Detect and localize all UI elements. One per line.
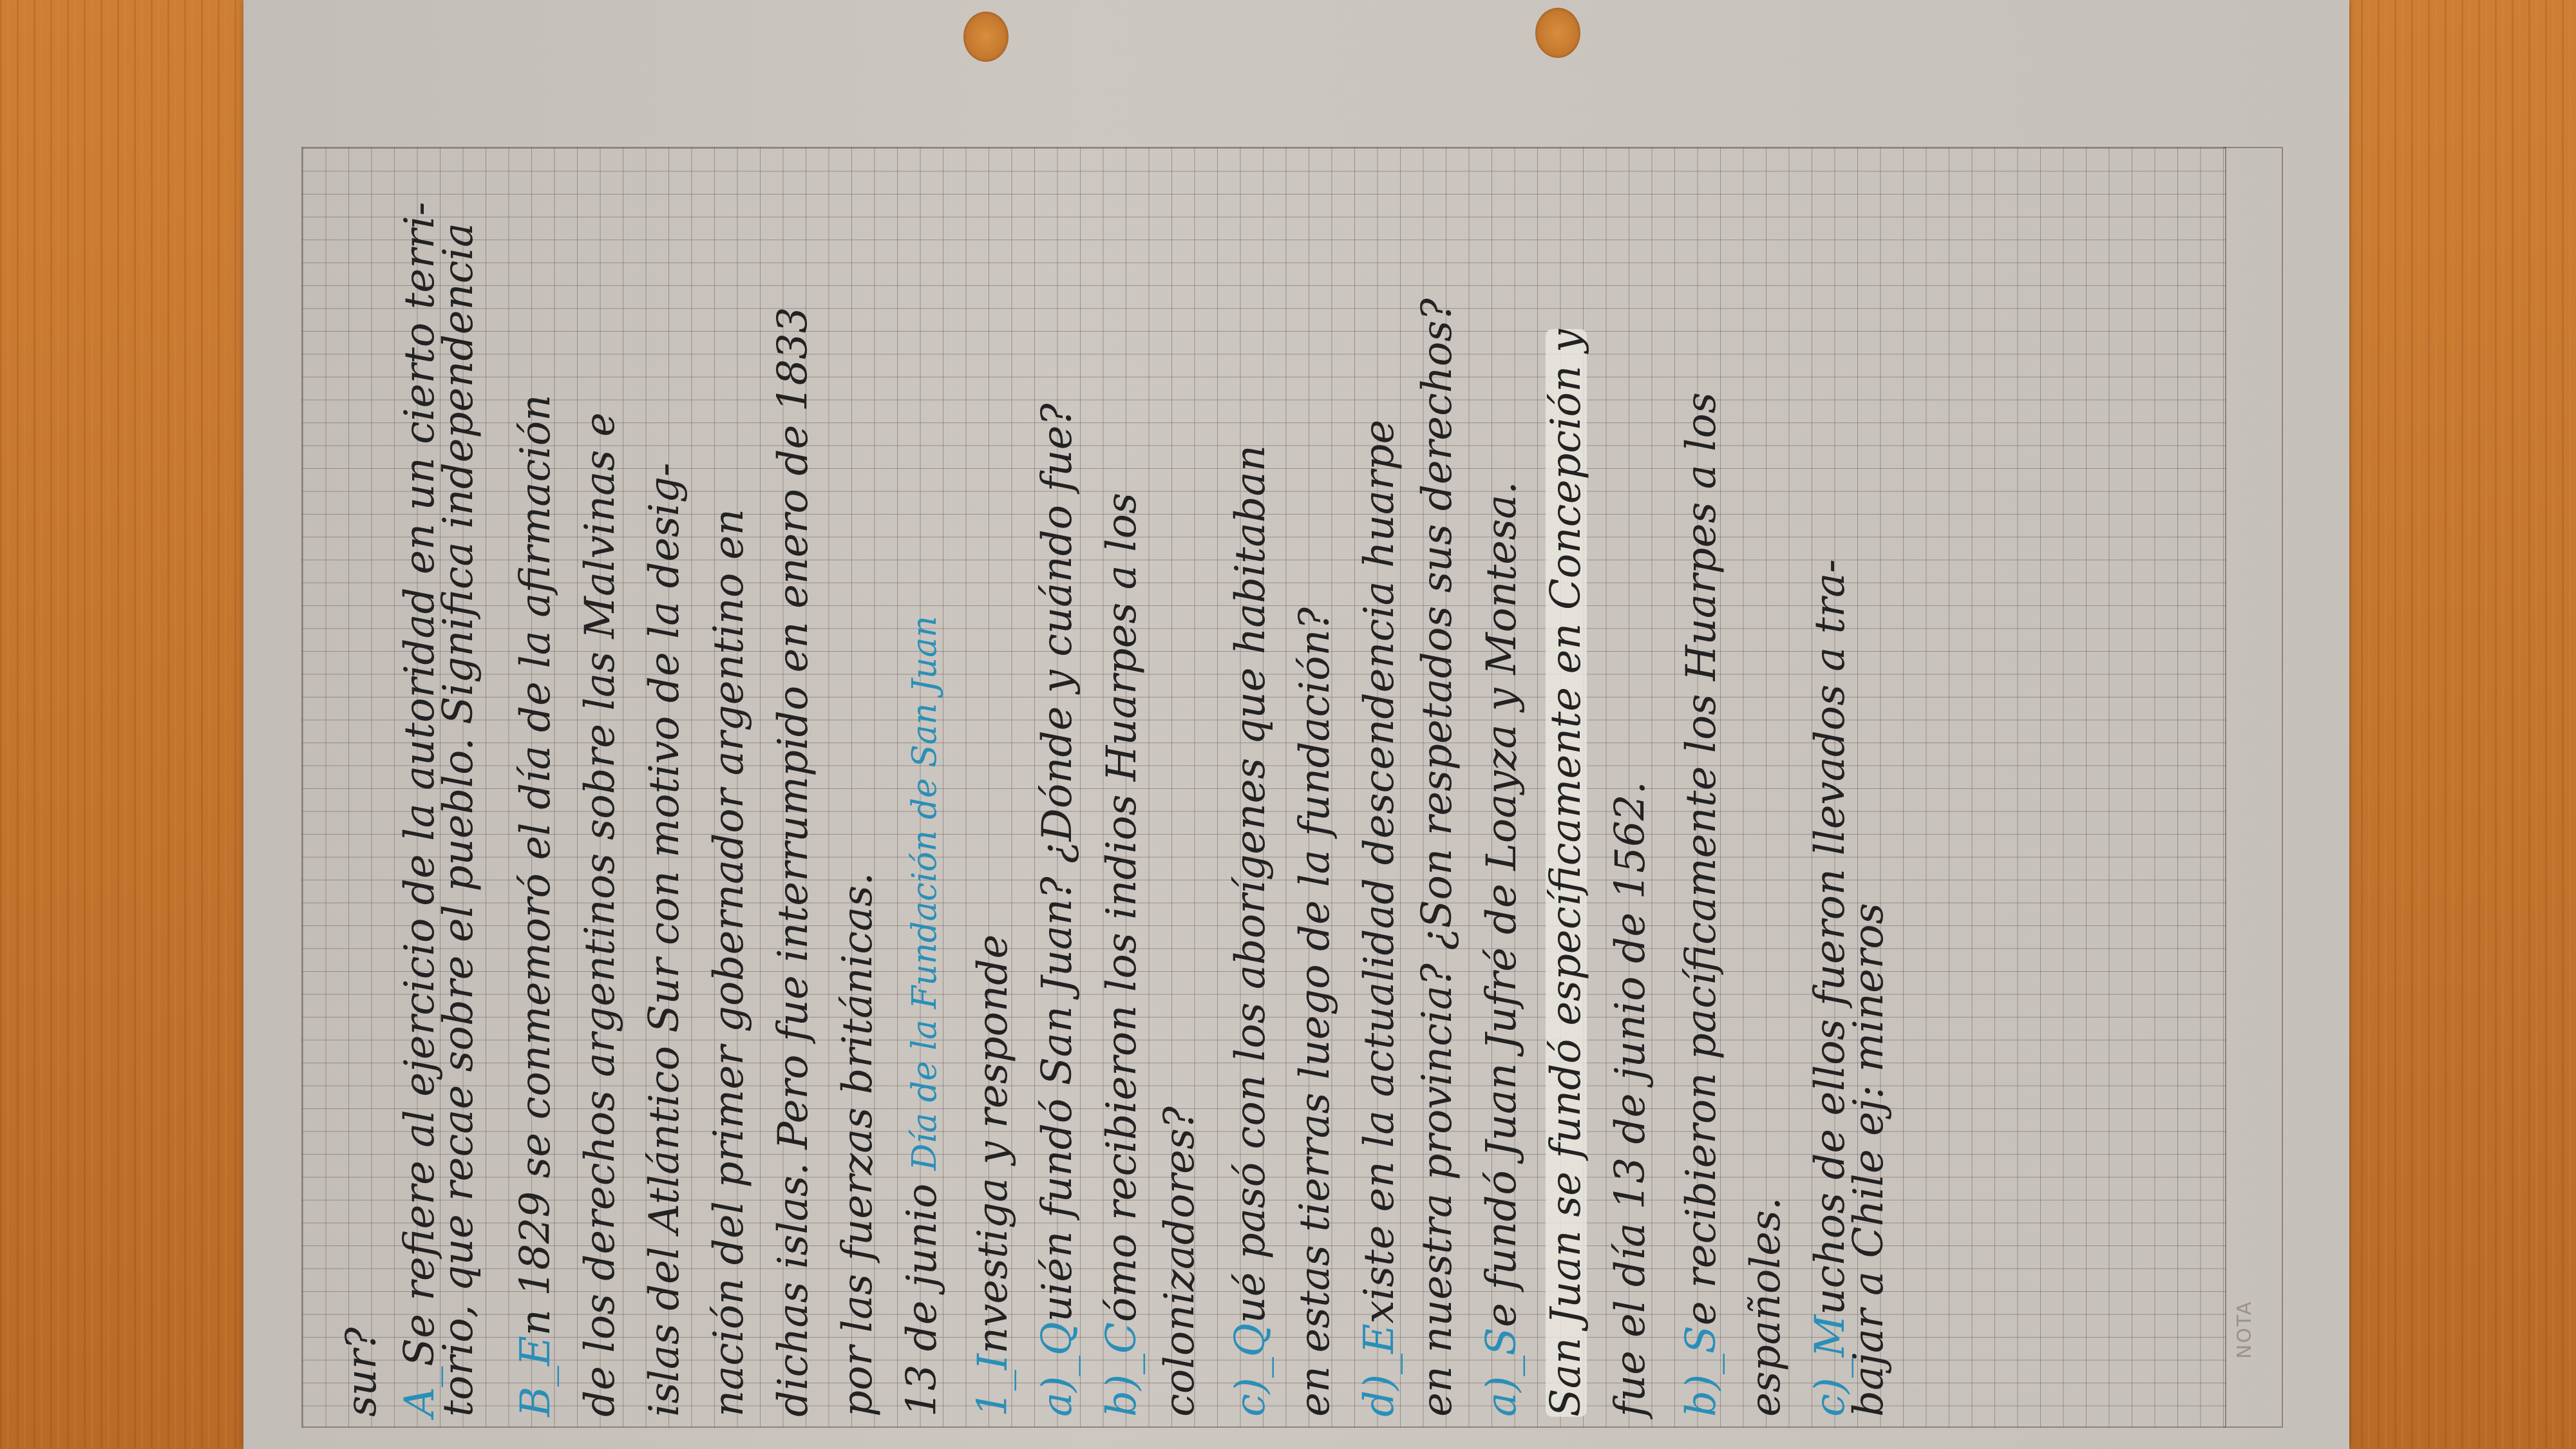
nota-label: NOTA <box>2233 1300 2256 1359</box>
nota-margin <box>2224 147 2283 1428</box>
answer-marker: B_E <box>512 1336 560 1417</box>
answer-marker: b)_S <box>1678 1325 1725 1417</box>
line-8: dichas islas. Pero fue interrumpido en e… <box>773 307 814 1417</box>
item-marker: d)_E <box>1356 1323 1403 1417</box>
line-22-answer-b: b)_Se recibieron pacíficamente los Huarp… <box>1681 392 1722 1417</box>
line-9: por las fuerzas británicas. <box>837 873 878 1417</box>
line-14: colonizadores? <box>1159 1106 1200 1417</box>
heading-title: Día de la Fundación de San Juan <box>905 616 944 1170</box>
line-21: fue el día 13 de junio de 1562. <box>1610 781 1651 1417</box>
line-10-date-heading: 13 de junio Día de la Fundación de San J… <box>902 616 943 1417</box>
item-marker: c)_Q <box>1227 1323 1274 1417</box>
line-12-question-a: a)_Quién fundó San Juan? ¿Dónde y cuándo… <box>1037 403 1078 1417</box>
line-15-question-c: c)_Qué pasó con los aborígenes que habit… <box>1230 445 1271 1417</box>
line-6: islas del Atlántico Sur con motivo de la… <box>644 462 685 1417</box>
line-19-answer-a: a)_Se fundó Juan Jufré de Loayza y Monte… <box>1481 481 1522 1417</box>
line-5: de los derechos argentinos sobre las Mal… <box>580 412 621 1417</box>
line-11-instruction: 1_Investiga y responde <box>972 934 1014 1417</box>
answer-marker: a)_S <box>1478 1327 1526 1417</box>
item-marker: a)_Q <box>1034 1321 1081 1417</box>
line-16: en estas tierras luego de la fundación? <box>1294 607 1336 1417</box>
line-25: bajar a Chile ej: mineros <box>1848 903 1889 1417</box>
line-18: en nuestra provincia? ¿Son respetados su… <box>1417 298 1458 1417</box>
line-13-question-b: b)_Cómo recibieron los indios Huarpes a … <box>1101 493 1142 1417</box>
line-1: sur? <box>341 1327 383 1417</box>
punch-hole-right <box>1535 8 1580 58</box>
punch-hole-left <box>963 12 1009 62</box>
line-23: españoles. <box>1745 1197 1786 1417</box>
line-17-question-d: d)_Existe en la actualidad descendencia … <box>1359 420 1400 1417</box>
item-marker: 1_I <box>969 1354 1017 1417</box>
line-20: San Juan se fundó específicamente en Con… <box>1546 329 1587 1417</box>
item-marker: b)_C <box>1098 1322 1146 1417</box>
line-3: torio, que recae sobre el pueblo. Signif… <box>438 223 479 1417</box>
line-4-answer-b: B_En 1829 se conmemoró el día de la afir… <box>515 394 556 1417</box>
line-7: nación del primer gobernador argentino e… <box>708 509 750 1417</box>
